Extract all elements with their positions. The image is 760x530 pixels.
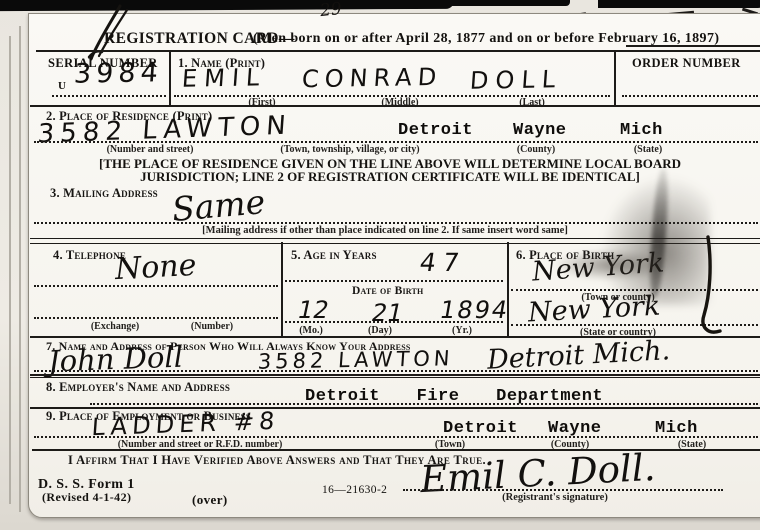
birth-year-value: 1894 — [438, 296, 512, 324]
divider — [281, 242, 283, 337]
city-sub-label: (Town, township, village, or city) — [280, 144, 419, 155]
fill-line — [285, 280, 503, 282]
residence-county-value: Wayne — [513, 121, 567, 140]
number-sub-label: (Number) — [191, 321, 233, 332]
fill-line — [52, 95, 166, 97]
over-note: (over) — [192, 492, 228, 508]
divider — [614, 52, 616, 106]
divider — [30, 377, 760, 378]
fill-line — [34, 370, 758, 372]
county-sub-label: (County) — [517, 144, 555, 155]
serial-prefix: U — [58, 80, 66, 92]
divider — [30, 374, 760, 376]
fill-line — [34, 317, 278, 319]
fill-line — [511, 324, 758, 326]
fill-line — [90, 403, 758, 405]
day-sub-label: (Day) — [368, 325, 392, 336]
scan-black-bar — [0, 0, 454, 11]
order-number-fill-line — [622, 95, 758, 97]
residence-city-value: Detroit — [398, 121, 473, 140]
year-sub-label: (Yr.) — [452, 325, 472, 336]
divider — [30, 105, 760, 107]
month-sub-label: (Mo.) — [299, 325, 323, 336]
paper-edge — [9, 36, 11, 504]
fill-line — [34, 222, 758, 224]
name-middle: CONRAD — [301, 63, 443, 93]
handwritten-annotation: 29 — [319, 0, 343, 21]
paper-edge — [19, 26, 21, 512]
signature-line — [403, 489, 723, 491]
employer-label: 8. Employer's Name and Address — [46, 380, 230, 395]
divider — [30, 238, 760, 244]
order-number-label: ORDER NUMBER — [632, 56, 741, 71]
fill-line — [34, 436, 758, 438]
age-label: 5. Age in Years — [291, 248, 377, 263]
serial-number-value: 3984 — [73, 57, 164, 90]
exchange-sub-label: (Exchange) — [91, 321, 139, 332]
residence-state-value: Mich — [620, 121, 663, 140]
jurisdiction-note-line2: JURISDICTION; LINE 2 OF REGISTRATION CER… — [60, 169, 720, 185]
state-sub-label: (State) — [634, 144, 662, 155]
mailing-address-label: 3. Mailing Address — [50, 186, 158, 201]
signature-sub-label: (Registrant's signature) — [502, 492, 608, 503]
form-revision: (Revised 4-1-42) — [42, 490, 131, 505]
name-last: DOLL — [469, 65, 563, 95]
date-of-birth-label: Date of Birth — [352, 285, 423, 297]
birth-month-value: 12 — [295, 296, 331, 324]
scanned-registration-card: 29 REGISTRATION CARD— (Men born on or af… — [0, 0, 760, 530]
age-value: 47 — [418, 248, 468, 277]
fill-line — [511, 289, 758, 291]
divider — [169, 52, 171, 106]
contact-name-value: John Doll — [47, 340, 183, 379]
scan-black-bar — [598, 0, 760, 8]
telephone-value: None — [114, 248, 197, 287]
street-sub-label: (Number and street) — [107, 144, 194, 155]
print-code: 16—21630-2 — [322, 484, 387, 496]
scan-black-bar — [440, 0, 570, 6]
mailing-sub-label: [Mailing address if other than place ind… — [202, 225, 568, 236]
divider — [36, 50, 760, 52]
divider — [626, 45, 760, 47]
fill-line — [285, 321, 503, 323]
name-first: EMIL — [181, 63, 267, 92]
divider — [507, 242, 509, 337]
fill-line — [34, 141, 758, 143]
fill-line — [34, 285, 278, 287]
